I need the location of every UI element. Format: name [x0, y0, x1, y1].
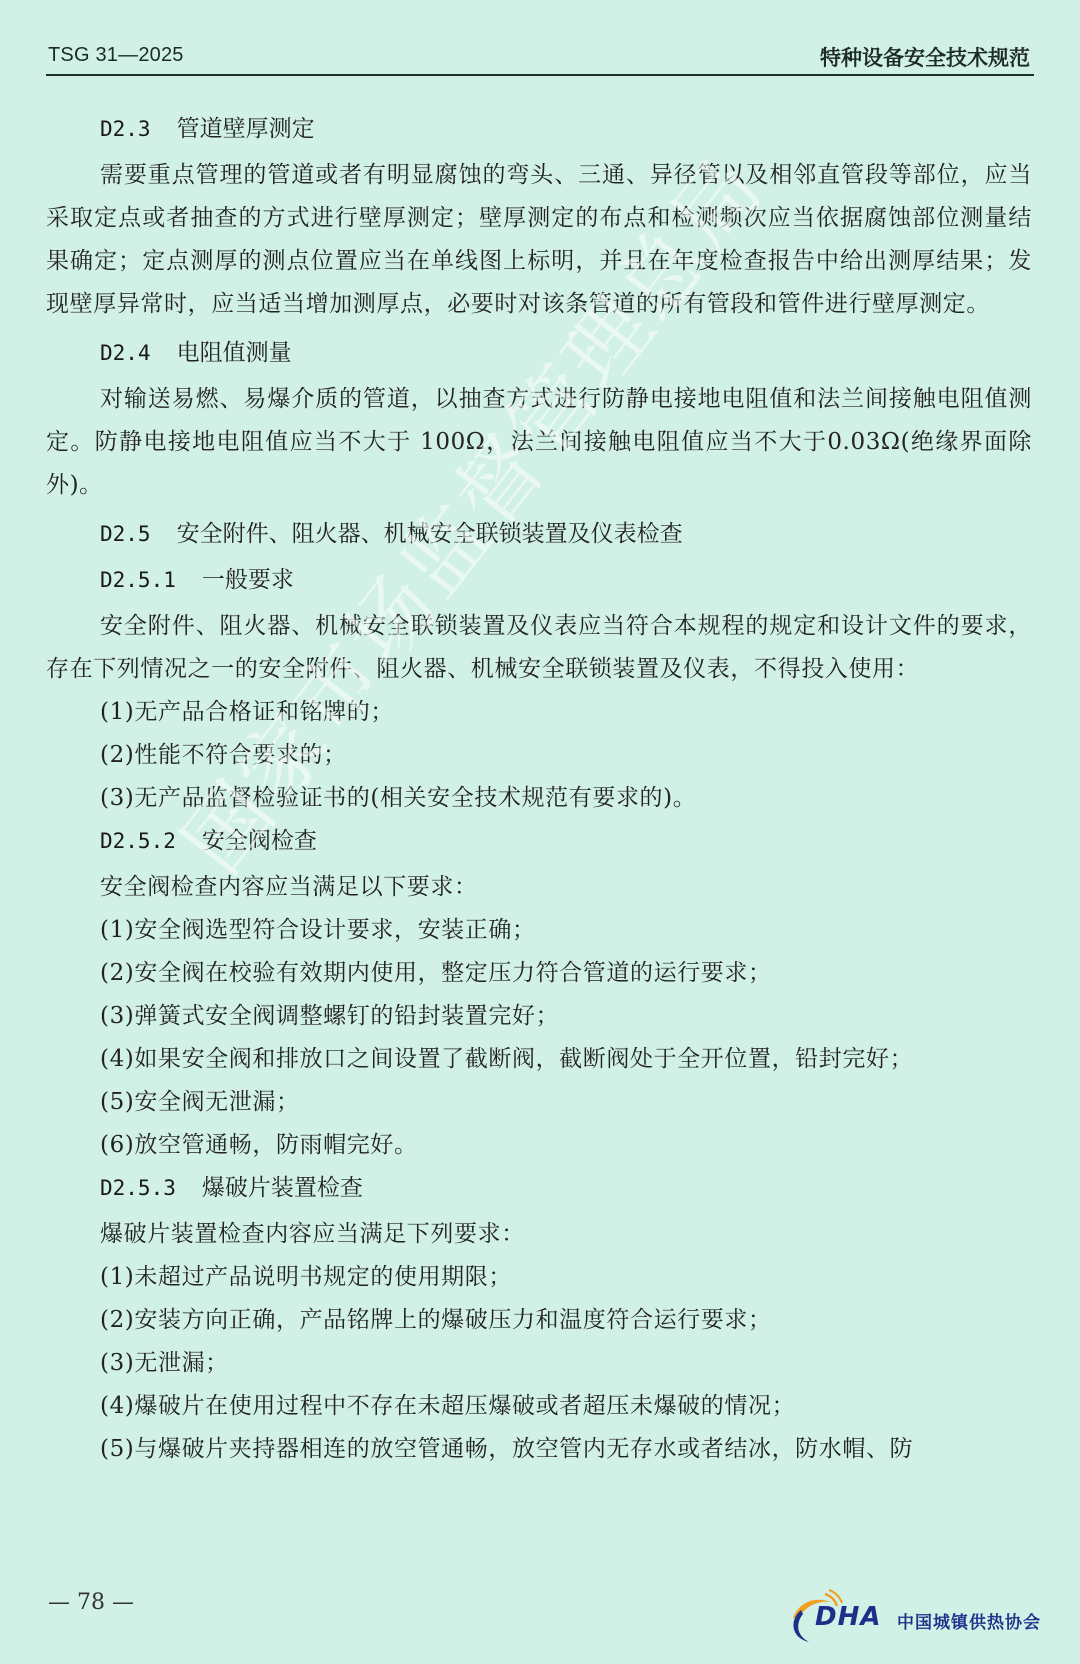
list-item: (4)如果安全阀和排放口之间设置了截断阀，截断阀处于全开位置，铅封完好；	[46, 1038, 1032, 1081]
section-title: 爆破片装置检查	[202, 1175, 363, 1201]
page-header: TSG 31—2025 特种设备安全技术规范	[46, 38, 1034, 76]
section-heading-d2-5: D2.5安全附件、阻火器、机械安全联锁装置及仪表检查	[46, 513, 1032, 559]
dha-logo: DHA 中国城镇供热协会	[785, 1588, 1055, 1644]
list-item: (4)爆破片在使用过程中不存在未超压爆破或者超压未爆破的情况；	[46, 1385, 1032, 1428]
logo-organization-name: 中国城镇供热协会	[897, 1608, 1041, 1633]
lead-sentence: 安全阀检查内容应当满足以下要求：	[46, 866, 1032, 909]
section-heading-d2-5-3: D2.5.3爆破片装置检查	[46, 1167, 1032, 1213]
section-title: 一般要求	[202, 567, 294, 593]
section-number: D2.4	[100, 332, 151, 375]
logo-abbreviation: DHA	[815, 1602, 881, 1632]
list-item: (1)安全阀选型符合设计要求，安装正确；	[46, 909, 1032, 952]
section-heading-d2-5-2: D2.5.2安全阀检查	[46, 820, 1032, 866]
list-item: (3)无泄漏；	[46, 1342, 1032, 1385]
section-heading-d2-5-1: D2.5.1一般要求	[46, 559, 1032, 605]
section-number: D2.3	[100, 108, 151, 151]
list-item: (6)放空管通畅，防雨帽完好。	[46, 1124, 1032, 1167]
list-item: (2)性能不符合要求的；	[46, 734, 1032, 777]
section-number: D2.5.1	[100, 559, 176, 602]
page-number: — 78 —	[48, 1590, 134, 1615]
document-body: D2.3管道壁厚测定 需要重点管理的管道或者有明显腐蚀的弯头、三通、异径管以及相…	[46, 108, 1032, 1471]
section-heading-d2-3: D2.3管道壁厚测定	[46, 108, 1032, 154]
list-item: (3)无产品监督检验证书的(相关安全技术规范有要求的)。	[46, 777, 1032, 820]
paragraph: 需要重点管理的管道或者有明显腐蚀的弯头、三通、异径管以及相邻直管段等部位，应当采…	[46, 154, 1032, 326]
section-number: D2.5.2	[100, 820, 176, 863]
standard-code: TSG 31—2025	[48, 44, 184, 67]
section-title: 电阻值测量	[177, 340, 292, 366]
section-title: 管道壁厚测定	[177, 116, 315, 142]
list-item: (5)与爆破片夹持器相连的放空管通畅，放空管内无存水或者结冰，防水帽、防	[46, 1428, 1032, 1471]
list-item: (3)弹簧式安全阀调整螺钉的铅封装置完好；	[46, 995, 1032, 1038]
list-item: (2)安装方向正确，产品铭牌上的爆破压力和温度符合运行要求；	[46, 1299, 1032, 1342]
list-item: (5)安全阀无泄漏；	[46, 1081, 1032, 1124]
section-number: D2.5	[100, 513, 151, 556]
lead-sentence: 爆破片装置检查内容应当满足下列要求：	[46, 1213, 1032, 1256]
section-number: D2.5.3	[100, 1167, 176, 1210]
section-title: 安全附件、阻火器、机械安全联锁装置及仪表检查	[177, 521, 683, 547]
paragraph: 安全附件、阻火器、机械安全联锁装置及仪表应当符合本规程的规定和设计文件的要求，存…	[46, 605, 1032, 691]
section-title: 安全阀检查	[202, 828, 317, 854]
paragraph: 对输送易燃、易爆介质的管道，以抽查方式进行防静电接地电阻值和法兰间接触电阻值测定…	[46, 378, 1032, 507]
list-item: (2)安全阀在校验有效期内使用，整定压力符合管道的运行要求；	[46, 952, 1032, 995]
section-heading-d2-4: D2.4电阻值测量	[46, 332, 1032, 378]
list-item: (1)无产品合格证和铭牌的；	[46, 691, 1032, 734]
list-item: (1)未超过产品说明书规定的使用期限；	[46, 1256, 1032, 1299]
header-title: 特种设备安全技术规范	[820, 42, 1030, 72]
